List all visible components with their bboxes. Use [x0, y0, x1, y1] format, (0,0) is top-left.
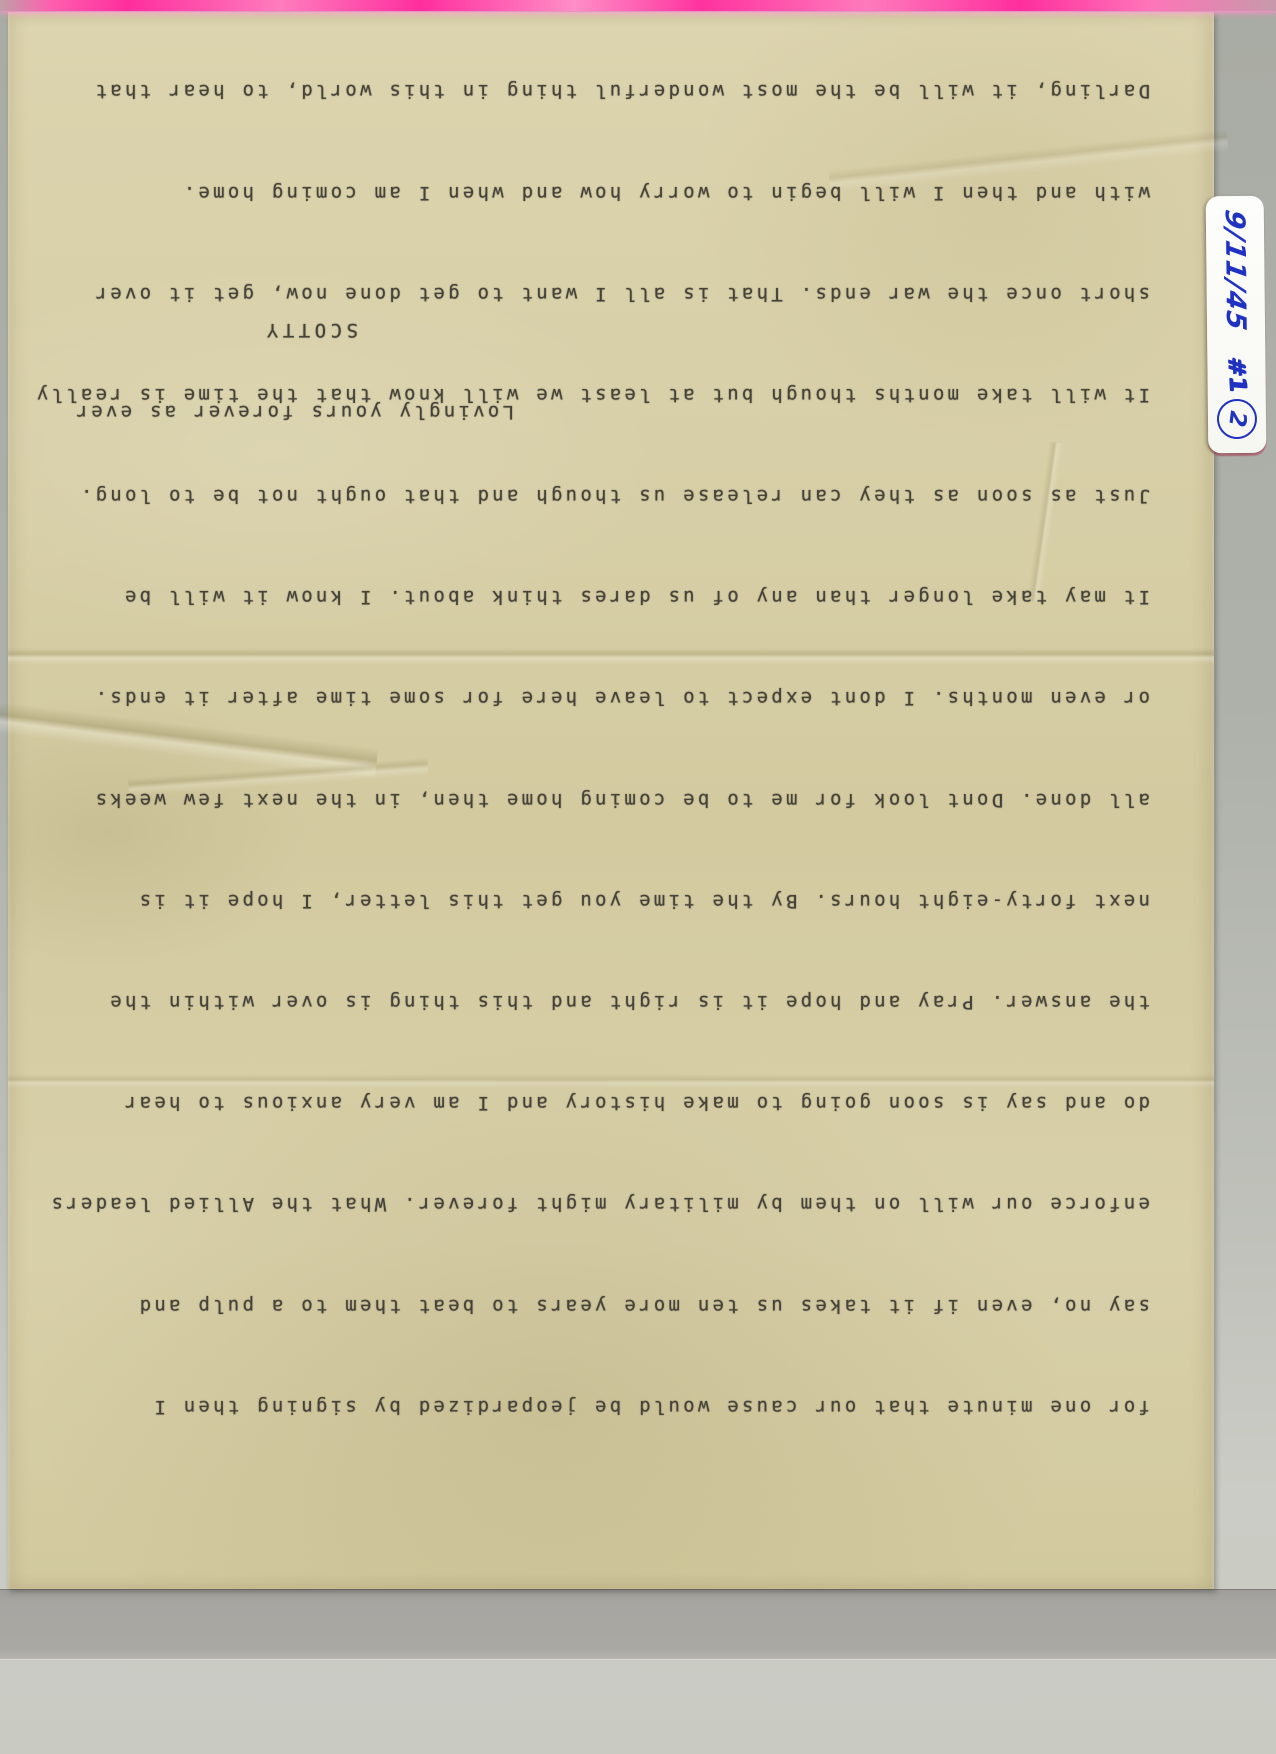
letter-line: It may take longer than any of us dares …: [34, 584, 1150, 609]
letter-paper: for one minute that our cause would be j…: [8, 12, 1214, 1589]
circled-page-number: 2: [1215, 397, 1260, 442]
backdrop-band: [0, 1589, 1276, 1660]
letter-line: Darling, it will be the most wonderful t…: [34, 78, 1150, 103]
handwritten-number: #1: [1222, 356, 1250, 393]
letter-signature: SCOTTY: [262, 319, 358, 341]
letter-line: short once the war ends. That is all I w…: [34, 280, 1150, 305]
letter-line: say no, even if it takes us ten more yea…: [34, 1292, 1150, 1317]
letter-line: next forty-eight hours. By the time you …: [34, 888, 1150, 913]
letter-line: do and say is soon going to make history…: [34, 1090, 1150, 1115]
letter-line: or even months. I dont expect to leave h…: [34, 685, 1150, 710]
archival-date-sticker: 9/11/45 #1 2: [1206, 196, 1267, 454]
letter-body-text: for one minute that our cause would be j…: [34, 0, 1150, 1520]
letter-line: Just as soon as they can release us thou…: [34, 483, 1150, 508]
sticker-handwriting: 9/11/45 #1 2: [1206, 196, 1267, 454]
letter-line: enforce our will on them by military mig…: [34, 1191, 1150, 1216]
letter-line: all done. Dont look for me to be coming …: [34, 786, 1150, 811]
letter-content-upside-down: for one minute that our cause would be j…: [8, 12, 1214, 1589]
scanned-letter-page: for one minute that our cause would be j…: [0, 0, 1276, 1754]
letter-closing: Lovingly yours forever as ever: [73, 401, 514, 423]
letter-line: for one minute that our cause would be j…: [34, 1394, 1150, 1419]
handwritten-date: 9/11/45: [1219, 207, 1251, 333]
letter-line: the answer. Pray and hope it is right an…: [34, 989, 1150, 1014]
letter-line: with and then I will begin to worry how …: [34, 179, 1150, 204]
scanner-edge-artifact: [0, 0, 1276, 11]
